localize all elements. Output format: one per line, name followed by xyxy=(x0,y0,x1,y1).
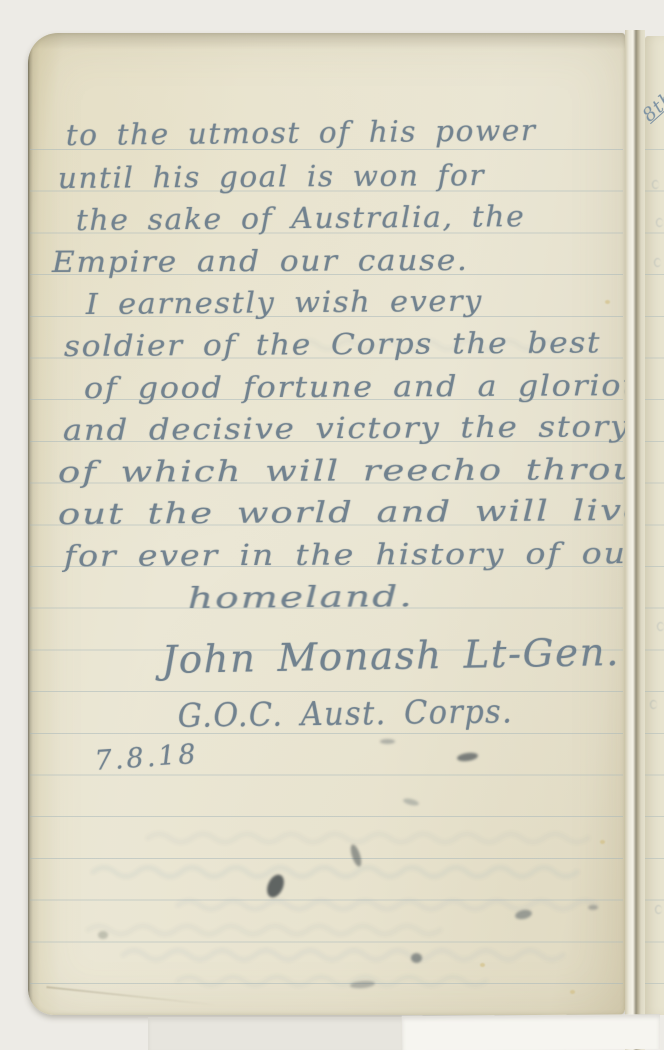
handwriting-line: of good fortune and a glorious xyxy=(84,368,625,405)
handwriting-fragment xyxy=(652,180,659,189)
underlying-page-corner xyxy=(402,1014,660,1050)
ink-smudge xyxy=(98,931,108,939)
ink-smudge xyxy=(349,843,364,867)
date-mark: 7.8.18 xyxy=(94,738,200,779)
notebook-page: to the utmost of his power until his goa… xyxy=(28,33,625,1015)
handwriting-line: of which will reecho through xyxy=(58,452,625,489)
handwriting-fragment xyxy=(656,218,663,227)
foxing-spot xyxy=(570,990,575,994)
ink-smudge xyxy=(588,905,598,910)
ink-smudge xyxy=(411,953,422,963)
handwriting-line: out the world and will live xyxy=(58,493,625,531)
ink-smudge xyxy=(403,797,420,807)
handwriting-line: for ever in the history of our xyxy=(64,536,625,573)
handwriting-line: Empire and our cause. xyxy=(52,243,469,279)
signature-title: G.O.C. Aust. Corps. xyxy=(177,692,513,735)
handwriting-line: the sake of Australia, the xyxy=(76,199,526,237)
handwriting-fragment xyxy=(655,905,662,914)
handwriting-line: and decisive victory the story xyxy=(63,409,625,447)
ink-smudge xyxy=(380,739,395,744)
handwriting-line: soldier of the Corps the best xyxy=(64,325,602,363)
handwriting-line: I earnestly wish every xyxy=(86,284,483,321)
foxing-spot xyxy=(480,963,485,967)
ink-smudge xyxy=(514,908,532,920)
ink-smudge xyxy=(457,752,479,763)
handwriting-line: to the utmost of his power xyxy=(66,113,537,152)
page-gutter xyxy=(625,30,645,1050)
ink-smudge xyxy=(350,980,376,989)
handwriting-fragment xyxy=(654,258,661,267)
foxing-spot xyxy=(600,840,605,844)
ruled-lines xyxy=(645,149,664,995)
underlying-page-corner xyxy=(148,1017,404,1050)
handwriting-fragment xyxy=(657,622,664,631)
foxing-spot xyxy=(605,300,610,304)
signature: John Monash Lt-Gen. xyxy=(161,631,620,681)
handwriting-line: until his goal is won for xyxy=(58,158,485,195)
page-crease xyxy=(46,986,215,1006)
adjacent-page-edge: 8th xyxy=(645,36,664,1015)
notebook-scan: to the utmost of his power until his goa… xyxy=(0,0,664,1050)
ink-smudge xyxy=(264,872,287,900)
handwriting-line: homeland. xyxy=(188,579,414,615)
handwriting-fragment xyxy=(650,700,657,709)
